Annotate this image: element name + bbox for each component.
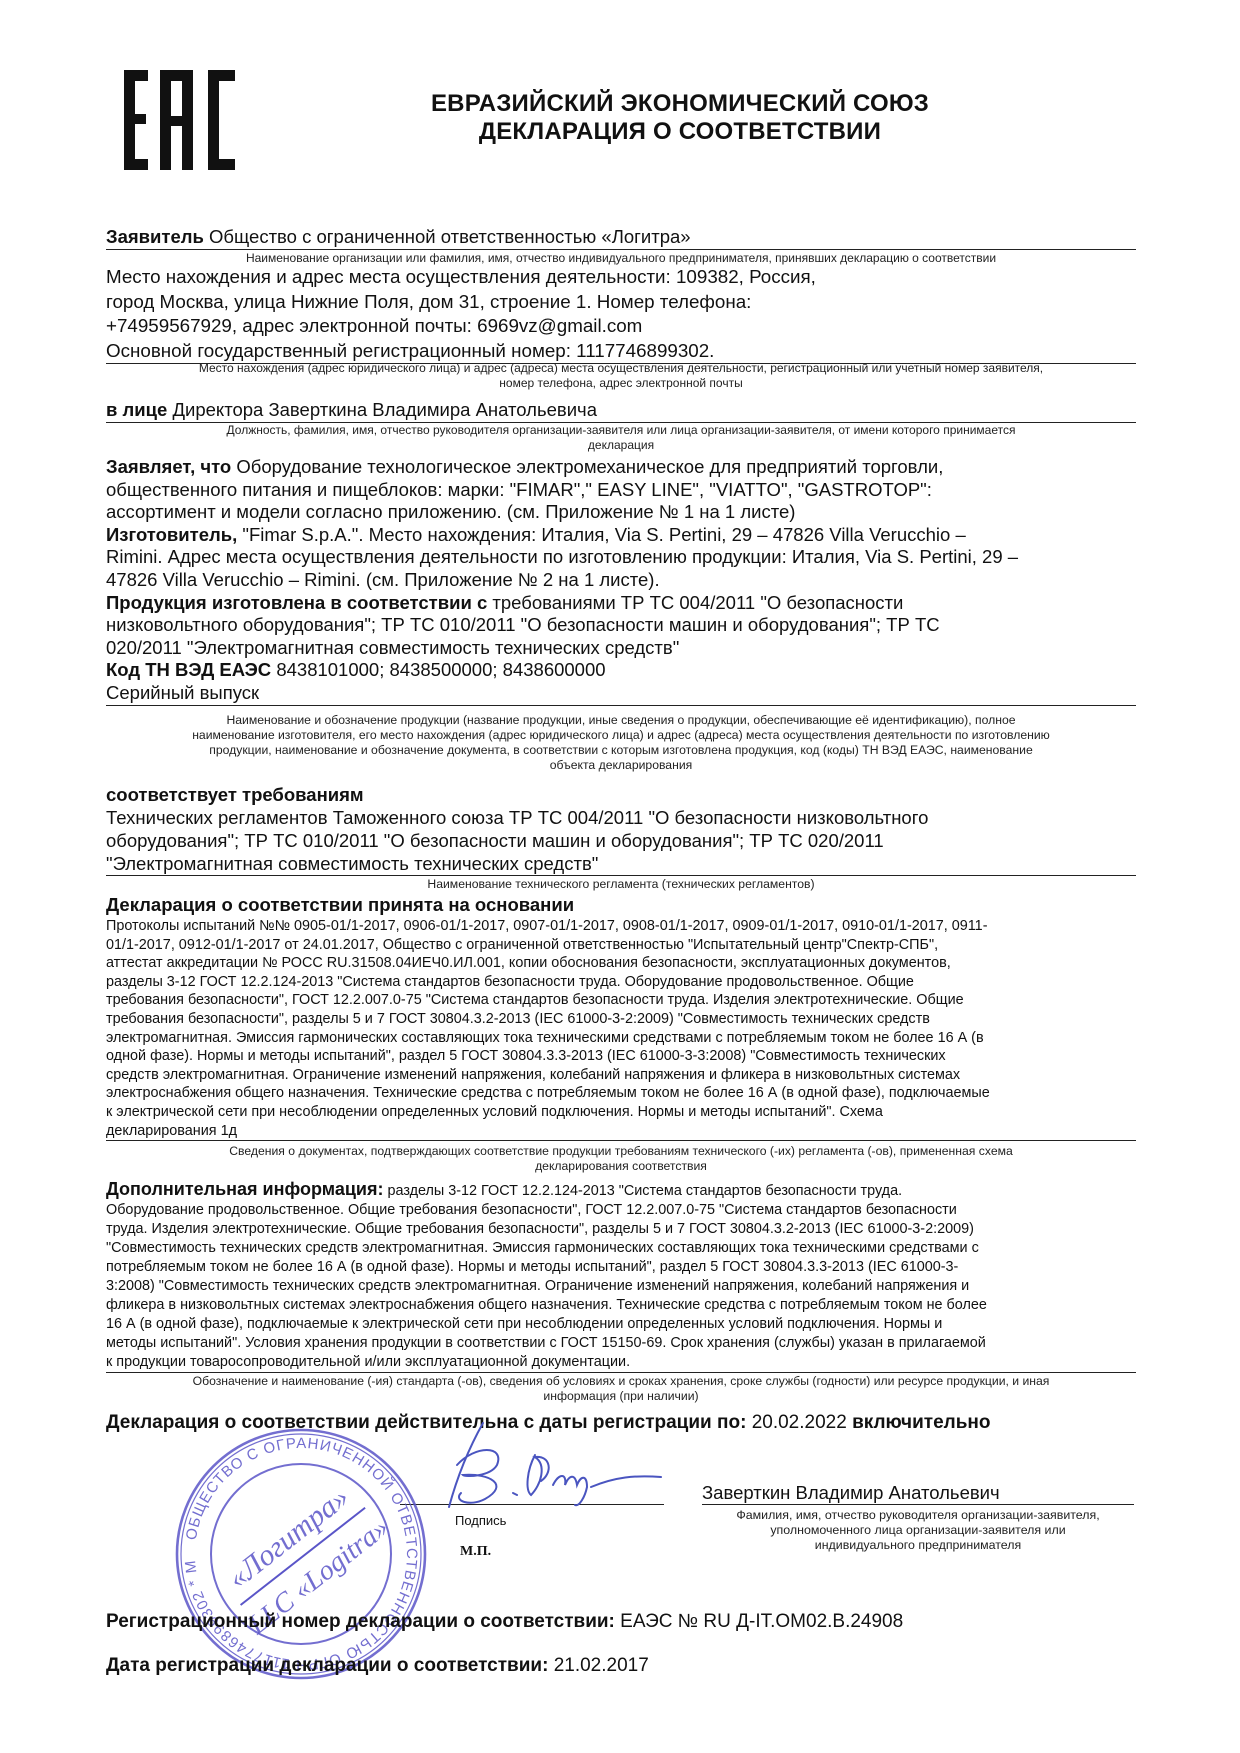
regulation-caption: Наименование технического регламента (те… [106, 877, 1136, 892]
basis-heading: Декларация о соответствии принята на осн… [106, 894, 1136, 916]
conforms-block: соответствует требованиям Технических ре… [106, 783, 1136, 876]
company-stamp: ОБЩЕСТВО С ОГРАНИЧЕННОЙ ОТВЕТСТВЕННОСТЬЮ… [172, 1425, 430, 1683]
eac-logo [124, 70, 236, 170]
representative-field: в лице Директора Заверткина Владимира Ан… [106, 398, 1136, 423]
seal-mark: М.П. [460, 1544, 491, 1560]
registration-date-line: Дата регистрации декларации о соответств… [106, 1654, 1136, 1678]
hs-code-line: Код ТН ВЭД ЕАЭС 8438101000; 8438500000; … [106, 659, 1136, 682]
representative-caption: Должность, фамилия, имя, отчество руково… [106, 423, 1136, 453]
registration-date: 21.02.2017 [554, 1655, 649, 1676]
additional-label: Дополнительная информация: [106, 1179, 383, 1199]
applicant-field: Заявитель Общество с ограниченной ответс… [106, 225, 1136, 250]
validity-date: 20.02.2022 [752, 1412, 847, 1433]
declaration-body: Заявляет, что Оборудование технологическ… [106, 456, 1136, 706]
address-line: +74959567929, адрес электронной почты: 6… [106, 314, 1136, 339]
product-caption: Наименование и обозначение продукции (на… [106, 713, 1136, 773]
document-title: ДЕКЛАРАЦИЯ О СООТВЕТСТВИИ [400, 118, 960, 146]
eac-mark-icon [124, 70, 236, 170]
address-block: Место нахождения и адрес места осуществл… [106, 265, 1136, 364]
declares-line: Заявляет, что Оборудование технологическ… [106, 456, 1136, 479]
representative-value: Директора Заверткина Владимира Анатольев… [172, 399, 597, 420]
applicant-label: Заявитель [106, 226, 204, 247]
address-line: Место нахождения и адрес места осуществл… [106, 265, 1136, 290]
serial-line: Серийный выпуск [106, 682, 1136, 706]
signatory-caption: Фамилия, имя, отчество руководителя орга… [702, 1508, 1134, 1553]
signatory-name: Заверткин Владимир Анатольевич [702, 1482, 1134, 1505]
produced-line: Продукция изготовлена в соответствии с т… [106, 592, 1136, 615]
address-line: город Москва, улица Нижние Поля, дом 31,… [106, 290, 1136, 315]
basis-caption: Сведения о документах, подтверждающих со… [106, 1144, 1136, 1174]
union-title: ЕВРАЗИЙСКИЙ ЭКОНОМИЧЕСКИЙ СОЮЗ [400, 90, 960, 118]
basis-text: Протоколы испытаний №№ 0905-01/1-2017, 0… [106, 917, 1136, 1141]
additional-caption: Обозначение и наименование (-ия) стандар… [106, 1374, 1136, 1404]
conforms-label: соответствует требованиям [106, 784, 364, 805]
registration-number: ЕАЭС № RU Д-IT.ОМ02.В.24908 [620, 1611, 903, 1632]
handwritten-signature [435, 1415, 665, 1510]
applicant-value: Общество с ограниченной ответственностью… [209, 226, 691, 247]
registration-number-line: Регистрационный номер декларации о соотв… [106, 1610, 1136, 1634]
stamp-seal-icon: ОБЩЕСТВО С ОГРАНИЧЕННОЙ ОТВЕТСТВЕННОСТЬЮ… [172, 1425, 430, 1683]
additional-block: Дополнительная информация: разделы 3-12 … [106, 1180, 1136, 1373]
applicant-caption: Наименование организации или фамилия, им… [106, 251, 1136, 266]
address-caption: Место нахождения (адрес юридического лиц… [106, 361, 1136, 391]
signature-icon [435, 1415, 665, 1510]
signature-caption: Подпись [455, 1513, 506, 1528]
representative-label: в лице [106, 399, 167, 420]
manufacturer-line: Изготовитель, "Fimar S.p.A.". Место нахо… [106, 524, 1136, 547]
